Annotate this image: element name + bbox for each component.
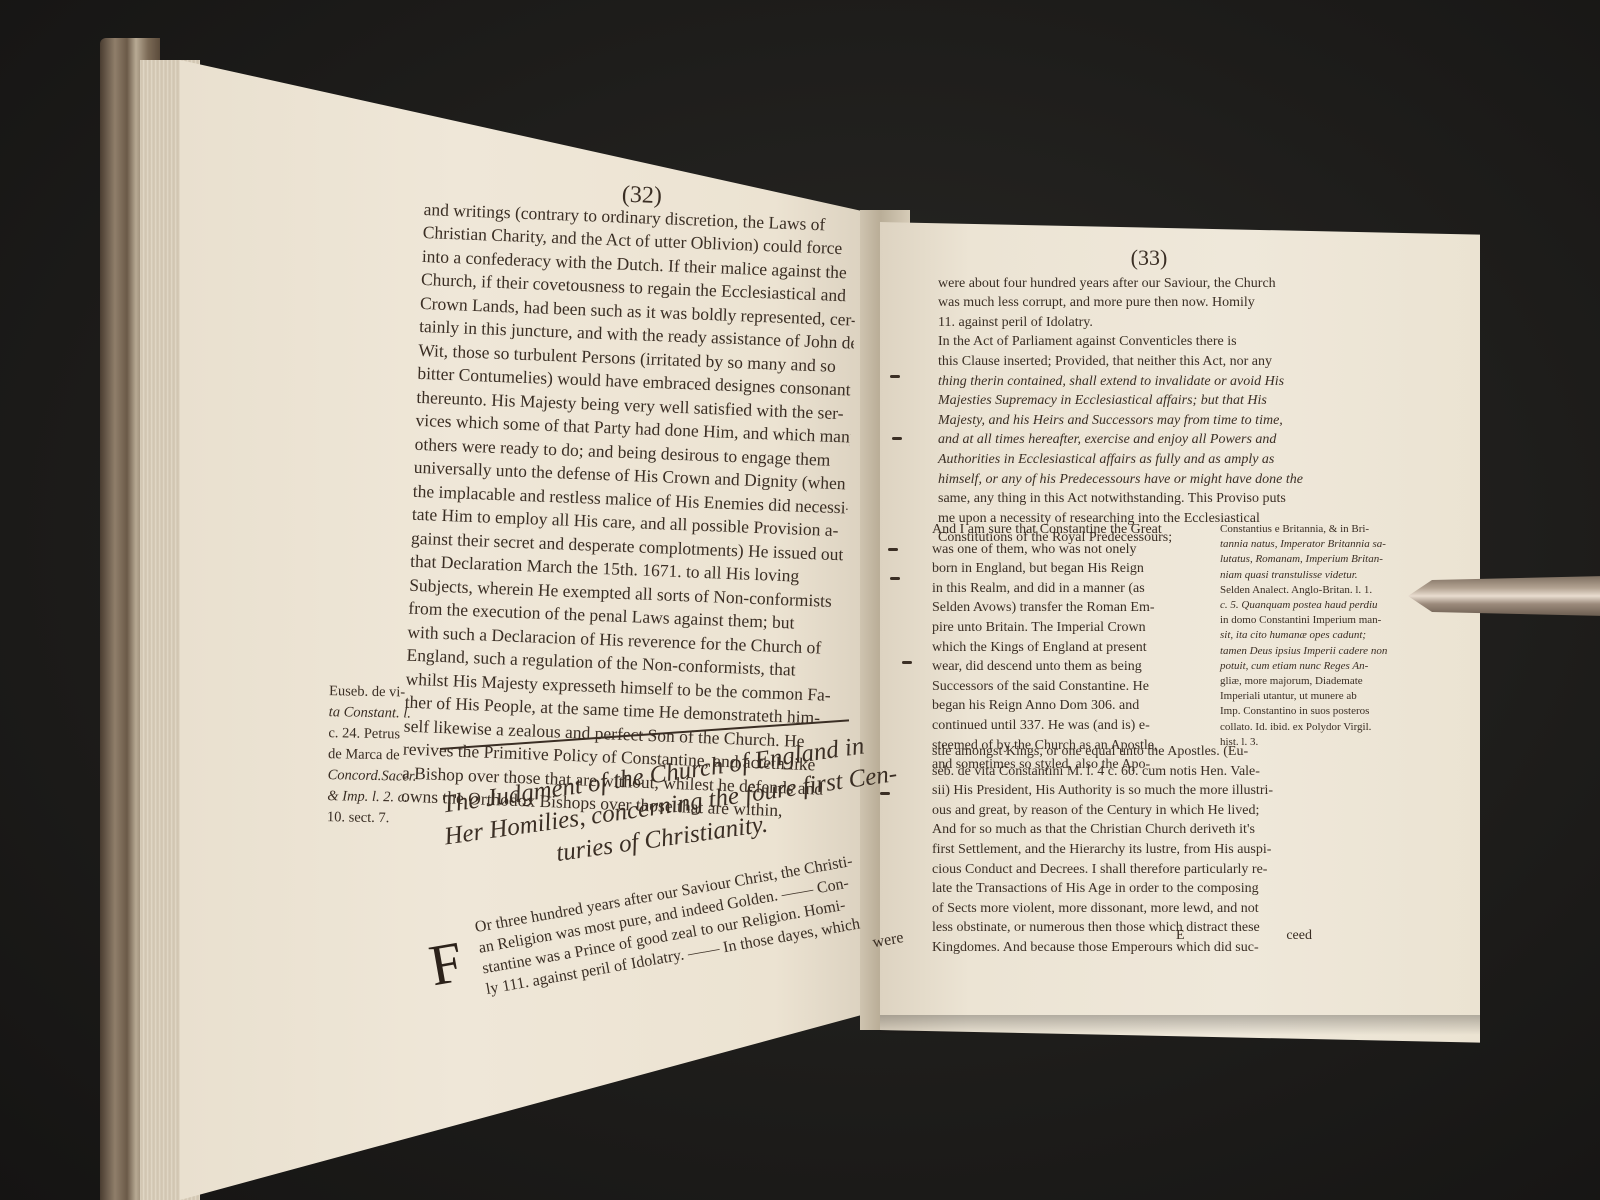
text-line: pire unto Britain. The Imperial Crown [932, 618, 1192, 638]
margin-note-line: ta Constant. l. [329, 702, 429, 725]
text-line: same, any thing in this Act notwithstand… [938, 489, 1330, 509]
margin-note-line: & Imp. l. 2. c. [327, 786, 427, 809]
side-note-line: niam quasi transtulisse videtur. [1220, 568, 1380, 583]
text-line: Majesty, and his Heirs and Successors ma… [938, 411, 1330, 431]
side-note-line: c. 5. Quanquam postea haud perdiu [1220, 598, 1380, 613]
text-line: Successors of the said Constantine. He [932, 677, 1192, 697]
text-line: In the Act of Parliament against Convent… [938, 332, 1330, 352]
text-line: wear, did descend unto them as being [932, 657, 1192, 677]
stitch-mark [890, 375, 900, 378]
text-line: was much less corrupt, and more pure the… [938, 293, 1330, 313]
left-page-body: (32) and writings (contrary to ordinary … [401, 176, 860, 825]
text-line: And I am sure that Constantine the Great [932, 520, 1192, 540]
side-note-line: tannia natus, Imperator Britannia sa- [1220, 537, 1380, 552]
text-line: of Sects more violent, more dissonant, m… [932, 899, 1332, 919]
left-margin-note: Euseb. de vi- ta Constant. l. c. 24. Pet… [327, 681, 430, 830]
right-page-bottom: stle amongst Kings, or one equal unto th… [932, 742, 1332, 958]
text-line: Kingdomes. And because those Emperours w… [932, 938, 1332, 958]
stitch-mark [880, 792, 890, 795]
signature-mark: E [1176, 926, 1185, 946]
text-line: himself, or any of his Predecessours hav… [938, 470, 1330, 490]
text-line: continued until 337. He was (and is) e- [932, 716, 1192, 736]
text-line: less obstinate, or numerous then those w… [932, 918, 1332, 938]
side-note-line: sit, ita cito humanæ opes cadunt; [1220, 628, 1380, 643]
right-page-top: (33) were about four hundred years after… [938, 248, 1330, 548]
text-line: in this Realm, and did in a manner (as [932, 579, 1192, 599]
right-page-shadow [880, 1015, 1480, 1035]
text-line: stle amongst Kings, or one equal unto th… [932, 742, 1332, 762]
side-note-line: gliæ, more majorum, Diademate [1220, 674, 1380, 689]
stitch-mark [902, 661, 912, 664]
text-line: was one of them, who was not onely [932, 540, 1192, 560]
text-line: cious Conduct and Decrees. I shall there… [932, 860, 1332, 880]
text-line: 11. against peril of Idolatry. [938, 313, 1330, 333]
text-line: late the Transactions of His Age in orde… [932, 879, 1332, 899]
text-line: And for so much as that the Christian Ch… [932, 820, 1332, 840]
margin-note-line: 10. sect. 7. [327, 807, 427, 830]
margin-note-line: Euseb. de vi- [329, 681, 429, 704]
text-line: thing therin contained, shall extend to … [938, 372, 1330, 392]
text-line: ous and great, by reason of the Century … [932, 801, 1332, 821]
text-line: which the Kings of England at present [932, 638, 1192, 658]
text-line: sii) His President, His Authority is so … [932, 781, 1332, 801]
margin-note-line: Concord.Sacer. [327, 765, 427, 788]
stitch-mark [888, 548, 898, 551]
letter-opener-blade [1408, 576, 1600, 616]
text-line: Majesties Supremacy in Ecclesiastical af… [938, 391, 1330, 411]
text-line: this Clause inserted; Provided, that nei… [938, 352, 1330, 372]
side-note-line: lutatus, Romanam, Imperium Britan- [1220, 552, 1380, 567]
side-note-line: Imp. Constantino in suos posteros [1220, 704, 1380, 719]
stitch-mark [890, 577, 900, 580]
right-page-number: (33) [938, 248, 1330, 268]
text-line: seb. de vita Constantini M. l. 4 c. 60. … [932, 762, 1332, 782]
text-line: and at all times hereafter, exercise and… [938, 430, 1330, 450]
text-line: Authorities in Ecclesiastical affairs as… [938, 450, 1330, 470]
side-note-line: Selden Analect. Anglo-Britan. l. 1. [1220, 583, 1380, 598]
stitch-mark [892, 437, 902, 440]
text-line: Selden Avows) transfer the Roman Em- [932, 598, 1192, 618]
margin-note-line: de Marca de [328, 744, 428, 767]
catchword: ceed [1286, 926, 1312, 946]
text-line: began his Reign Anno Dom 306. and [932, 696, 1192, 716]
text-line: born in England, but began His Reign [932, 559, 1192, 579]
side-note-line: in domo Constantini Imperium man- [1220, 613, 1380, 628]
text-line: first Settlement, and the Hierarchy its … [932, 840, 1332, 860]
margin-note-line: c. 24. Petrus [328, 723, 428, 746]
side-note-line: Constantius e Britannia, & in Bri- [1220, 522, 1380, 537]
side-note-line: Imperiali utantur, ut munere ab [1220, 689, 1380, 704]
right-side-note: Constantius e Britannia, & in Bri- tanni… [1220, 522, 1380, 750]
side-note-line: potuit, cum etiam nunc Reges An- [1220, 659, 1380, 674]
side-note-line: tamen Deus ipsius Imperii cadere non [1220, 644, 1380, 659]
right-page-main-column: And I am sure that Constantine the Great… [932, 520, 1192, 775]
text-line: were about four hundred years after our … [938, 274, 1330, 294]
side-note-line: collato. Id. ibid. ex Polydor Virgil. [1220, 720, 1380, 735]
